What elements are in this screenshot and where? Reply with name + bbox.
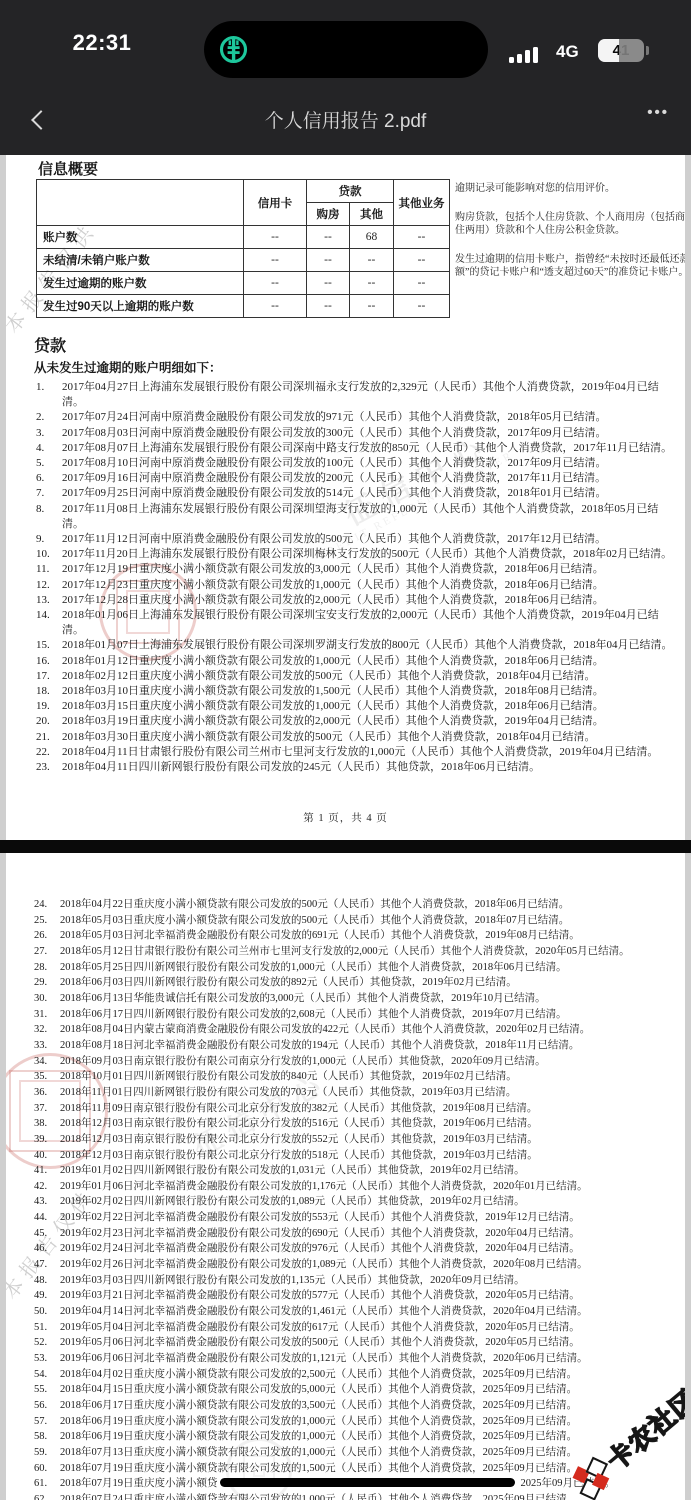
loan-item: 26.2018年05月03日河北幸福消费金融股份有限公司发放的691元（人民币）… (34, 928, 683, 944)
loan-item: 55.2018年04月15日重庆度小满小额贷款有限公司发放的5,000元（人民币… (34, 1382, 683, 1398)
row-label: 发生过90天以上逾期的账户数 (37, 295, 244, 318)
loan-item: 30.2018年06月13日华能贵诚信托有限公司发放的3,000元（人民币）其他… (34, 991, 683, 1007)
row-label: 账户数 (37, 226, 244, 249)
loan-item: 21.2018年03月30日重庆度小满小额贷款有限公司发放的500元（人民币）其… (36, 730, 673, 745)
table-row: 发生过90天以上逾期的账户数 -- -- -- -- (37, 295, 450, 318)
loan-item: 28.2018年05月25日四川新网银行股份有限公司发放的1,000元（人民币）… (34, 960, 683, 976)
loan-item: 17.2018年02月12日重庆度小满小额贷款有限公司发放的500元（人民币）其… (36, 669, 673, 684)
chevron-left-icon (31, 110, 51, 130)
loan-item: 27.2018年05月12日甘肃银行股份有限公司兰州市七里河支行发放的2,000… (34, 944, 683, 960)
table-cell: -- (307, 272, 350, 295)
loan-item: 5.2017年08月10日河南中原消费金融股份有限公司发放的100元（人民币）其… (36, 456, 673, 471)
loan-item: 56.2018年06月17日重庆度小满小额贷款有限公司发放的3,500元（人民币… (34, 1398, 683, 1414)
loan-list-page1: 1.2017年04月27日上海浦东发展银行股份有限公司深圳福永支行发放的2,32… (36, 380, 673, 775)
loans-section-title: 贷款 (34, 333, 66, 356)
loan-item: 7.2017年09月25日河南中原消费金融股份有限公司发放的514元（人民币）其… (36, 486, 673, 501)
loan-item: 39.2018年12月03日南京银行股份有限公司北京分行发放的552元（人民币）… (34, 1132, 683, 1148)
loan-item: 11.2017年12月19日重庆度小满小额贷款有限公司发放的3,000元（人民币… (36, 562, 673, 577)
status-right-cluster: 4G 41 (0, 0, 691, 90)
loans-subtitle: 从未发生过逾期的账户明细如下： (34, 358, 222, 376)
row-label: 未结清/未销户账户数 (37, 249, 244, 272)
page-number-footer: 第 1 页，共 4 页 (6, 810, 685, 825)
table-cell: -- (307, 295, 350, 318)
loan-item: 51.2019年05月04日河北幸福消费金融股份有限公司发放的617元（人民币）… (34, 1320, 683, 1336)
table-cell: -- (394, 272, 450, 295)
col-header-other-business: 其他业务 (394, 180, 450, 226)
loan-item: 33.2018年08月18日河北幸福消费金融股份有限公司发放的194元（人民币）… (34, 1038, 683, 1054)
col-header-house: 购房 (307, 203, 350, 226)
network-type-label: 4G (556, 42, 579, 62)
loan-item: 46.2019年02月24日河北幸福消费金融股份有限公司发放的976元（人民币）… (34, 1241, 683, 1257)
table-cell: -- (244, 249, 307, 272)
page-separator (0, 840, 691, 853)
loan-item: 6.2017年09月16日河南中原消费金融股份有限公司发放的200元（人民币）其… (36, 471, 673, 486)
more-options-button[interactable]: ••• (647, 104, 669, 121)
table-cell: -- (350, 295, 394, 318)
col-header-other: 其他 (350, 203, 394, 226)
loan-item: 8.2017年11月08日上海浦东发展银行股份有限公司深圳望海支行发放的1,00… (36, 502, 673, 532)
loan-item: 10.2017年11月20日上海浦东发展银行股份有限公司深圳梅林支行发放的500… (36, 547, 673, 562)
loan-item: 31.2018年06月17日四川新网银行股份有限公司发放的2,608元（人民币）… (34, 1007, 683, 1023)
document-title: 个人信用报告 2.pdf (120, 106, 571, 133)
back-button[interactable] (30, 112, 46, 128)
loan-item: 1.2017年04月27日上海浦东发展银行股份有限公司深圳福永支行发放的2,32… (36, 380, 673, 410)
loan-item: 45.2019年02月23日河北幸福消费金融股份有限公司发放的690元（人民币）… (34, 1226, 683, 1242)
col-header-loans: 贷款 (307, 180, 394, 203)
table-cell: -- (394, 226, 450, 249)
loan-item: 37.2018年11月09日南京银行股份有限公司北京分行发放的382元（人民币）… (34, 1101, 683, 1117)
loan-item: 16.2018年01月12日重庆度小满小额贷款有限公司发放的1,000元（人民币… (36, 654, 673, 669)
loan-item: 18.2018年03月10日重庆度小满小额贷款有限公司发放的1,500元（人民币… (36, 684, 673, 699)
table-corner-cell (37, 180, 244, 226)
loan-item: 23.2018年04月11日四川新网银行股份有限公司发放的245元（人民币）其他… (36, 760, 673, 775)
loan-item: 52.2019年05月06日河北幸福消费金融股份有限公司发放的500元（人民币）… (34, 1335, 683, 1351)
loan-item: 29.2018年06月03日四川新网银行股份有限公司发放的892元（人民币）其他… (34, 975, 683, 991)
loan-item: 47.2019年02月26日河北幸福消费金融股份有限公司发放的1,089元（人民… (34, 1257, 683, 1273)
loan-item: 4.2017年08月07日上海浦东发展银行股份有限公司深南中路支行发放的850元… (36, 441, 673, 456)
loan-item: 22.2018年04月11日甘肃银行股份有限公司兰州市七里河支行发放的1,000… (36, 745, 673, 760)
loan-item: 53.2019年06月06日河北幸福消费金融股份有限公司发放的1,121元（人民… (34, 1351, 683, 1367)
note-credit-card: 发生过逾期的信用卡账户，指曾经“未按时还最低还款额”的贷记卡账户和“透支超过60… (455, 253, 685, 280)
loan-item: 19.2018年03月15日重庆度小满小额贷款有限公司发放的1,000元（人民币… (36, 699, 673, 714)
redaction-bar (220, 1478, 515, 1487)
table-row: 发生过逾期的账户数 -- -- -- -- (37, 272, 450, 295)
loan-item: 49.2019年03月21日河北幸福消费金融股份有限公司发放的577元（人民币）… (34, 1288, 683, 1304)
loan-item: 15.2018年01月07日上海浦东发展银行股份有限公司深圳罗湖支行发放的800… (36, 638, 673, 653)
loan-item: 20.2018年03月19日重庆度小满小额贷款有限公司发放的2,000元（人民币… (36, 714, 673, 729)
row-label: 发生过逾期的账户数 (37, 272, 244, 295)
loan-item: 54.2018年04月02日重庆度小满小额贷款有限公司发放的2,500元（人民币… (34, 1367, 683, 1383)
loan-item: 40.2018年12月03日南京银行股份有限公司北京分行发放的518元（人民币）… (34, 1148, 683, 1164)
top-header: 22:31 4G 41 个人信用报告 2.pdf (0, 0, 691, 155)
note-overdue: 逾期记录可能影响对您的信用评价。 (455, 182, 685, 196)
loan-item: 48.2019年03月03日四川新网银行股份有限公司发放的1,135元（人民币）… (34, 1273, 683, 1289)
loan-item: 35.2018年10月01日四川新网银行股份有限公司发放的840元（人民币）其他… (34, 1069, 683, 1085)
battery-nub (646, 46, 649, 55)
loan-item: 3.2017年08月03日河南中原消费金融股份有限公司发放的300元（人民币）其… (36, 426, 673, 441)
table-cell: -- (244, 272, 307, 295)
loan-item: 44.2019年02月22日河北幸福消费金融股份有限公司发放的553元（人民币）… (34, 1210, 683, 1226)
loan-item: 36.2018年11月01日四川新网银行股份有限公司发放的703元（人民币）其他… (34, 1085, 683, 1101)
table-cell: -- (350, 249, 394, 272)
loan-item: 12.2017年12月23日重庆度小满小额贷款有限公司发放的1,000元（人民币… (36, 578, 673, 593)
table-cell: -- (307, 226, 350, 249)
signal-bars-icon (509, 47, 538, 63)
pdf-viewer-scroll-area[interactable]: 本报告仅供 征信中心 CREDIT REFERENCE CENTER 信息概要 … (0, 155, 691, 1500)
loan-list-page2: 24.2018年04月22日重庆度小满小额贷款有限公司发放的500元（人民币）其… (34, 897, 683, 1500)
pdf-page-2: 本报告仅供 征信中心 24.2018年04月22日重庆度小满小额贷款有限公司发放… (6, 853, 685, 1500)
loan-item: 24.2018年04月22日重庆度小满小额贷款有限公司发放的500元（人民币）其… (34, 897, 683, 913)
phone-screen: 22:31 4G 41 个人信用报告 2.pdf (0, 0, 691, 1500)
table-cell: -- (394, 249, 450, 272)
table-cell: -- (244, 295, 307, 318)
table-cell: -- (244, 226, 307, 249)
loan-item: 57.2018年06月19日重庆度小满小额贷款有限公司发放的1,000元（人民币… (34, 1414, 683, 1430)
loan-item: 38.2018年12月03日南京银行股份有限公司北京分行发放的516元（人民币）… (34, 1116, 683, 1132)
table-cell: -- (307, 249, 350, 272)
loan-item: 32.2018年08月04日内蒙古蒙商消费金融股份有限公司发放的422元（人民币… (34, 1022, 683, 1038)
battery-percent-label: 41 (598, 39, 644, 62)
note-house-loan: 购房贷款，包括个人住房贷款、个人商用房（包括商住两用）贷款和个人住房公积金贷款。 (455, 211, 685, 238)
side-notes: 逾期记录可能影响对您的信用评价。 购房贷款，包括个人住房贷款、个人商用房（包括商… (455, 182, 685, 295)
loan-item: 42.2019年01月06日河北幸福消费金融股份有限公司发放的1,176元（人民… (34, 1179, 683, 1195)
loan-item: 2.2017年07月24日河南中原消费金融股份有限公司发放的971元（人民币）其… (36, 410, 673, 425)
loan-item: 50.2019年04月14日河北幸福消费金融股份有限公司发放的1,461元（人民… (34, 1304, 683, 1320)
loan-item: 34.2018年09月03日南京银行股份有限公司南京分行发放的1,000元（人民… (34, 1054, 683, 1070)
table-row: 未结清/未销户账户数 -- -- -- -- (37, 249, 450, 272)
loan-item: 9.2017年11月12日河南中原消费金融股份有限公司发放的500元（人民币）其… (36, 532, 673, 547)
loan-item: 43.2019年02月02日四川新网银行股份有限公司发放的1,089元（人民币）… (34, 1194, 683, 1210)
pdf-page-1: 本报告仅供 征信中心 CREDIT REFERENCE CENTER 信息概要 … (6, 155, 685, 840)
nav-bar: 个人信用报告 2.pdf ••• (0, 96, 691, 155)
col-header-credit-card: 信用卡 (244, 180, 307, 226)
loan-item: 13.2017年12月28日重庆度小满小额贷款有限公司发放的2,000元（人民币… (36, 593, 673, 608)
summary-section-title: 信息概要 (38, 158, 98, 179)
loan-item: 41.2019年01月02日四川新网银行股份有限公司发放的1,031元（人民币）… (34, 1163, 683, 1179)
table-cell: -- (350, 272, 394, 295)
summary-table: 信用卡 贷款 其他业务 购房 其他 账户数 -- -- 68 -- 未结清/未销… (36, 179, 450, 318)
loan-item: 25.2018年05月03日重庆度小满小额贷款有限公司发放的500元（人民币）其… (34, 913, 683, 929)
loan-item: 58.2018年06月19日重庆度小满小额贷款有限公司发放的1,000元（人民币… (34, 1429, 683, 1445)
table-row: 账户数 -- -- 68 -- (37, 226, 450, 249)
loan-item: 14.2018年01月06日上海浦东发展银行股份有限公司深圳宝安支行发放的2,0… (36, 608, 673, 638)
battery-icon: 41 (598, 39, 644, 62)
table-cell: 68 (350, 226, 394, 249)
table-cell: -- (394, 295, 450, 318)
